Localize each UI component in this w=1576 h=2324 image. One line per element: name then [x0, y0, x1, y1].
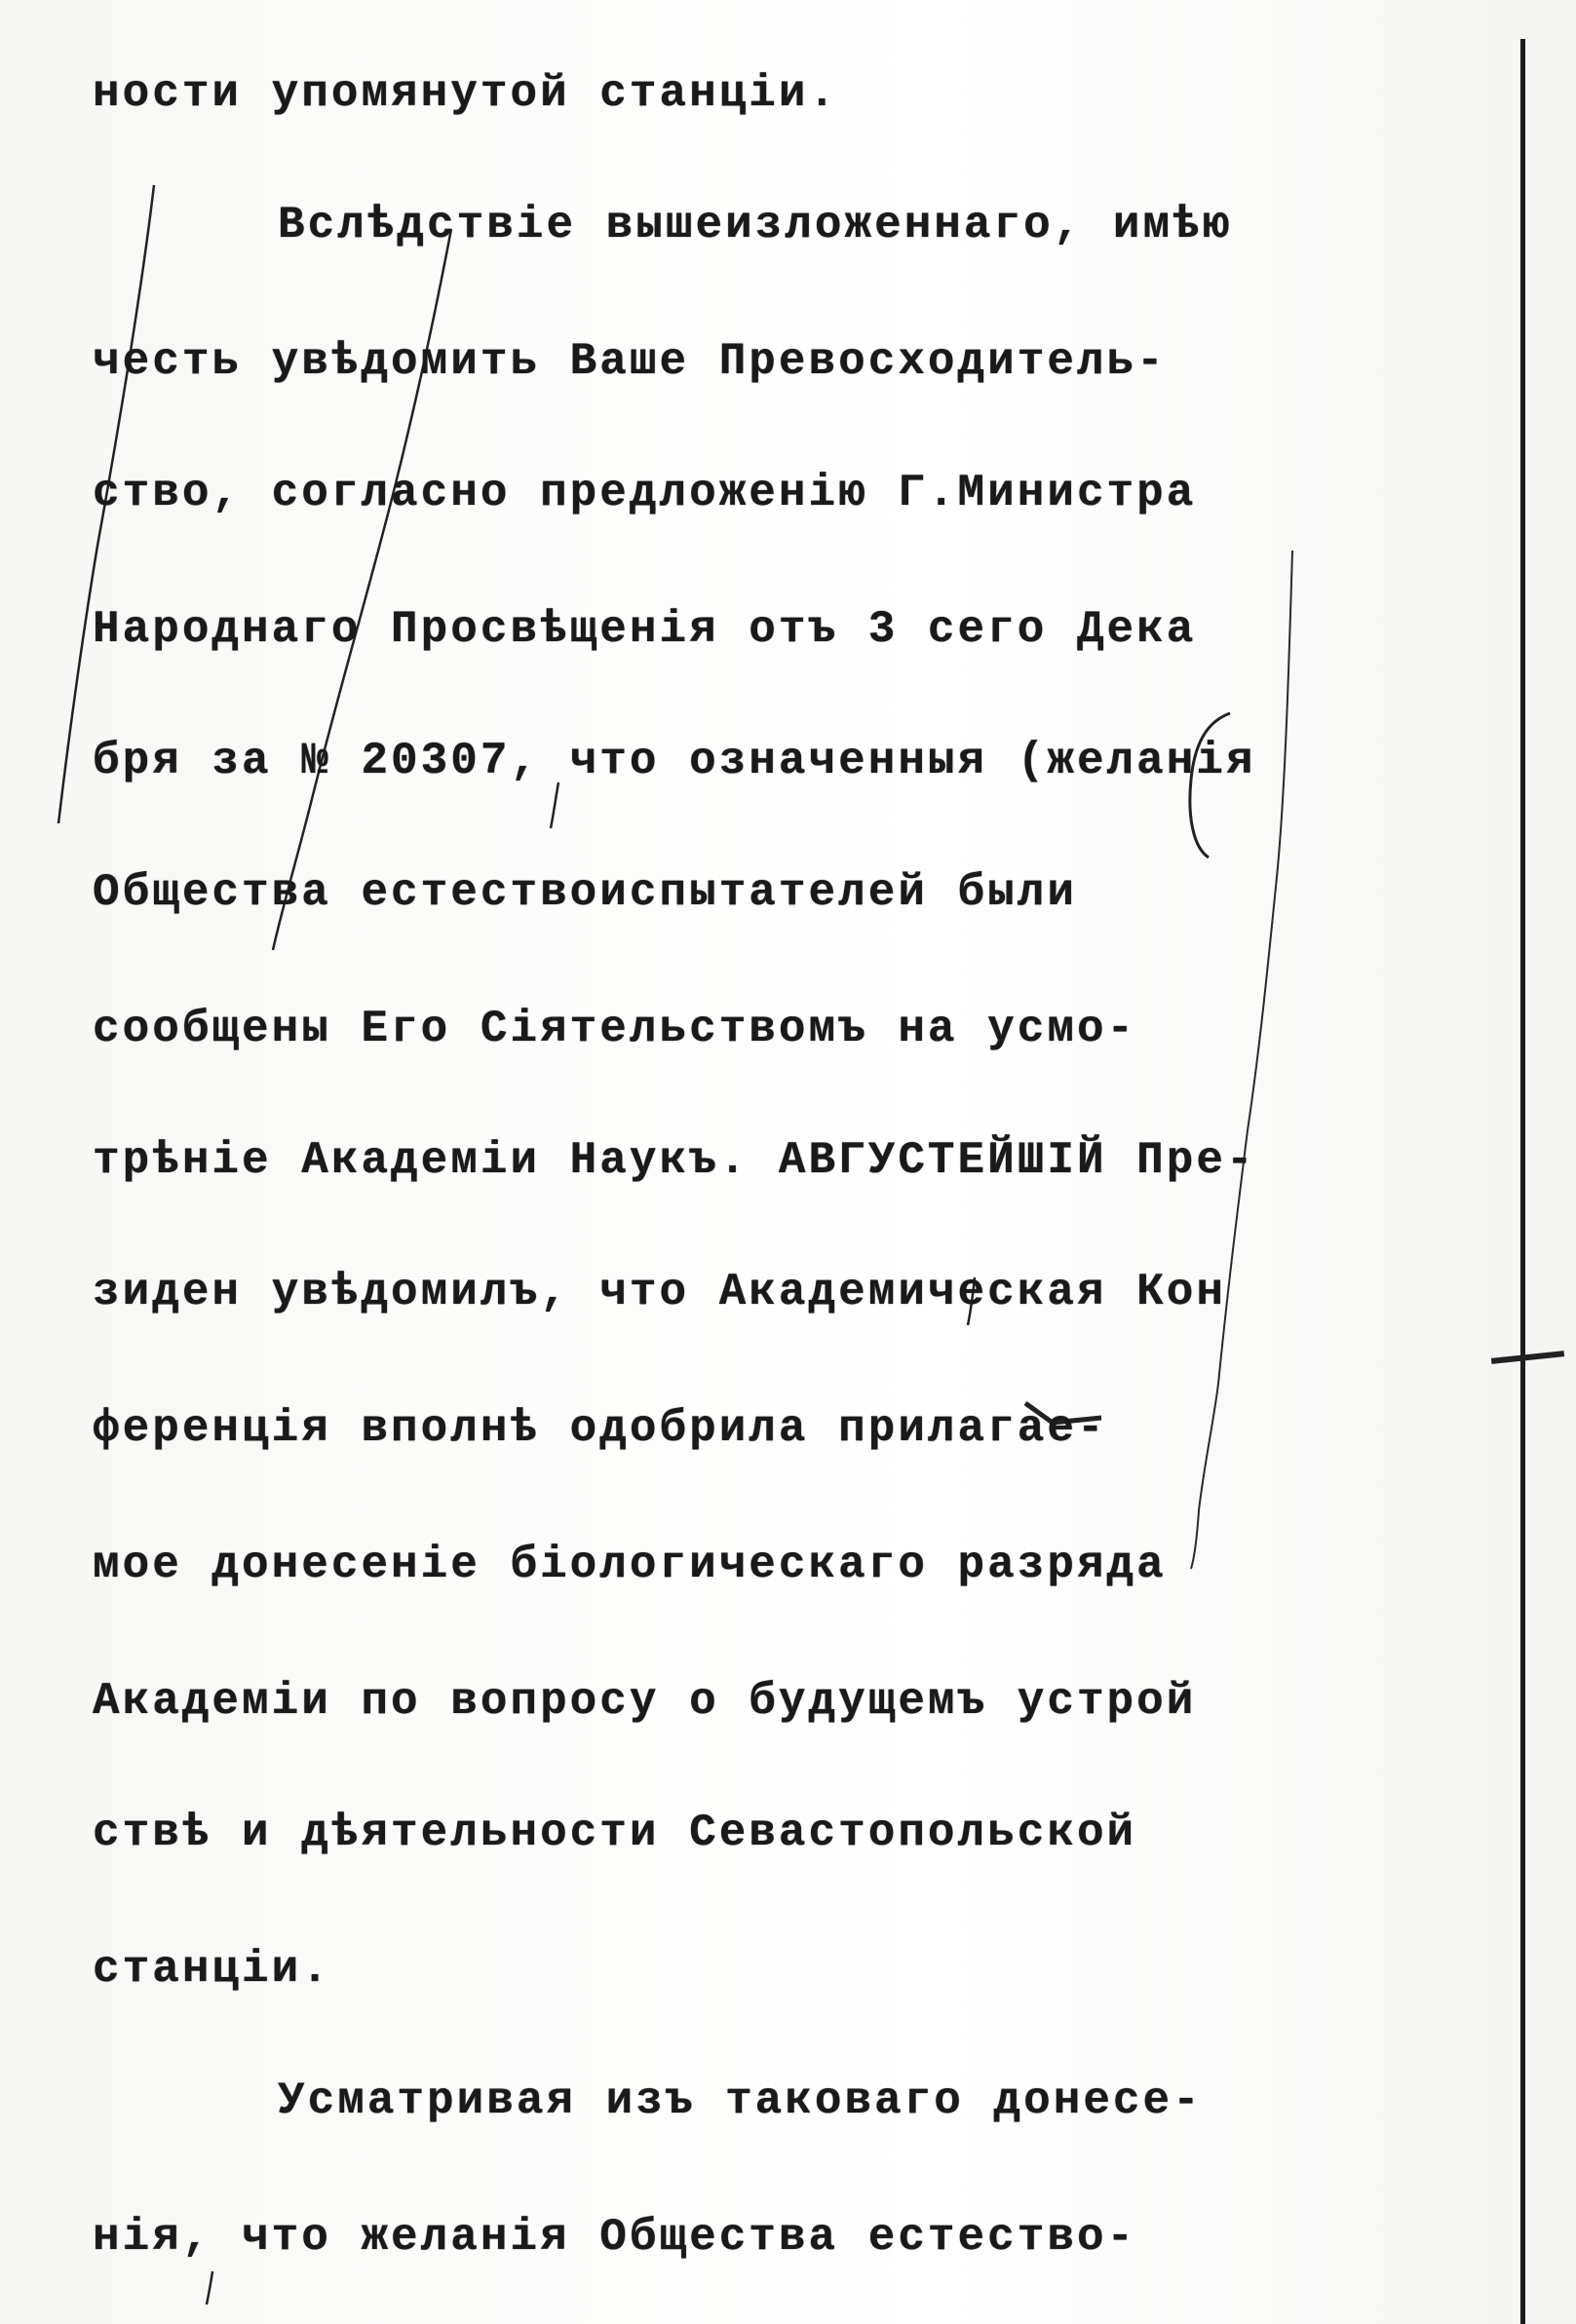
text-line: ствѣ и дѣятельности Севастопольской [93, 1808, 1136, 1858]
text-line: сообщены Его Сіятельствомъ на усмо- [93, 1004, 1136, 1054]
text-line: Народнаго Просвѣщенія отъ 3 сего Дека [93, 604, 1196, 655]
text-line: ство, согласно предложенію Г.Министра [93, 468, 1196, 518]
scanned-document-page: ности упомянутой станціи.Вслѣдствіе выше… [0, 0, 1576, 2324]
text-line: честь увѣдомить Ваше Превосходитель- [93, 336, 1167, 387]
text-line: ности упомянутой станціи. [93, 68, 838, 119]
text-line: зиден увѣдомилъ, что Академическая Кон [93, 1267, 1226, 1317]
text-line: Вслѣдствіе вышеизложеннаго, имѣю [278, 200, 1232, 250]
text-line: мое донесеніе біологическаго разряда [93, 1540, 1167, 1590]
text-line: Академіи по вопросу о будущемъ устрой [93, 1676, 1196, 1727]
text-line: трѣніе Академіи Наукъ. АВГУСТЕЙШІЙ Пре- [93, 1135, 1256, 1186]
text-line: Усматривая изъ таковаго донесе- [278, 2076, 1203, 2126]
text-line: нія, что желанія Общества естество- [93, 2212, 1136, 2263]
text-line: бря за № 20307, что означенныя (желанія [93, 736, 1256, 786]
text-line: ференція вполнѣ одобрила прилагае- [93, 1403, 1107, 1454]
text-line: станціи. [93, 1944, 331, 1995]
text-line: Общества естествоиспытателей были [93, 867, 1077, 918]
